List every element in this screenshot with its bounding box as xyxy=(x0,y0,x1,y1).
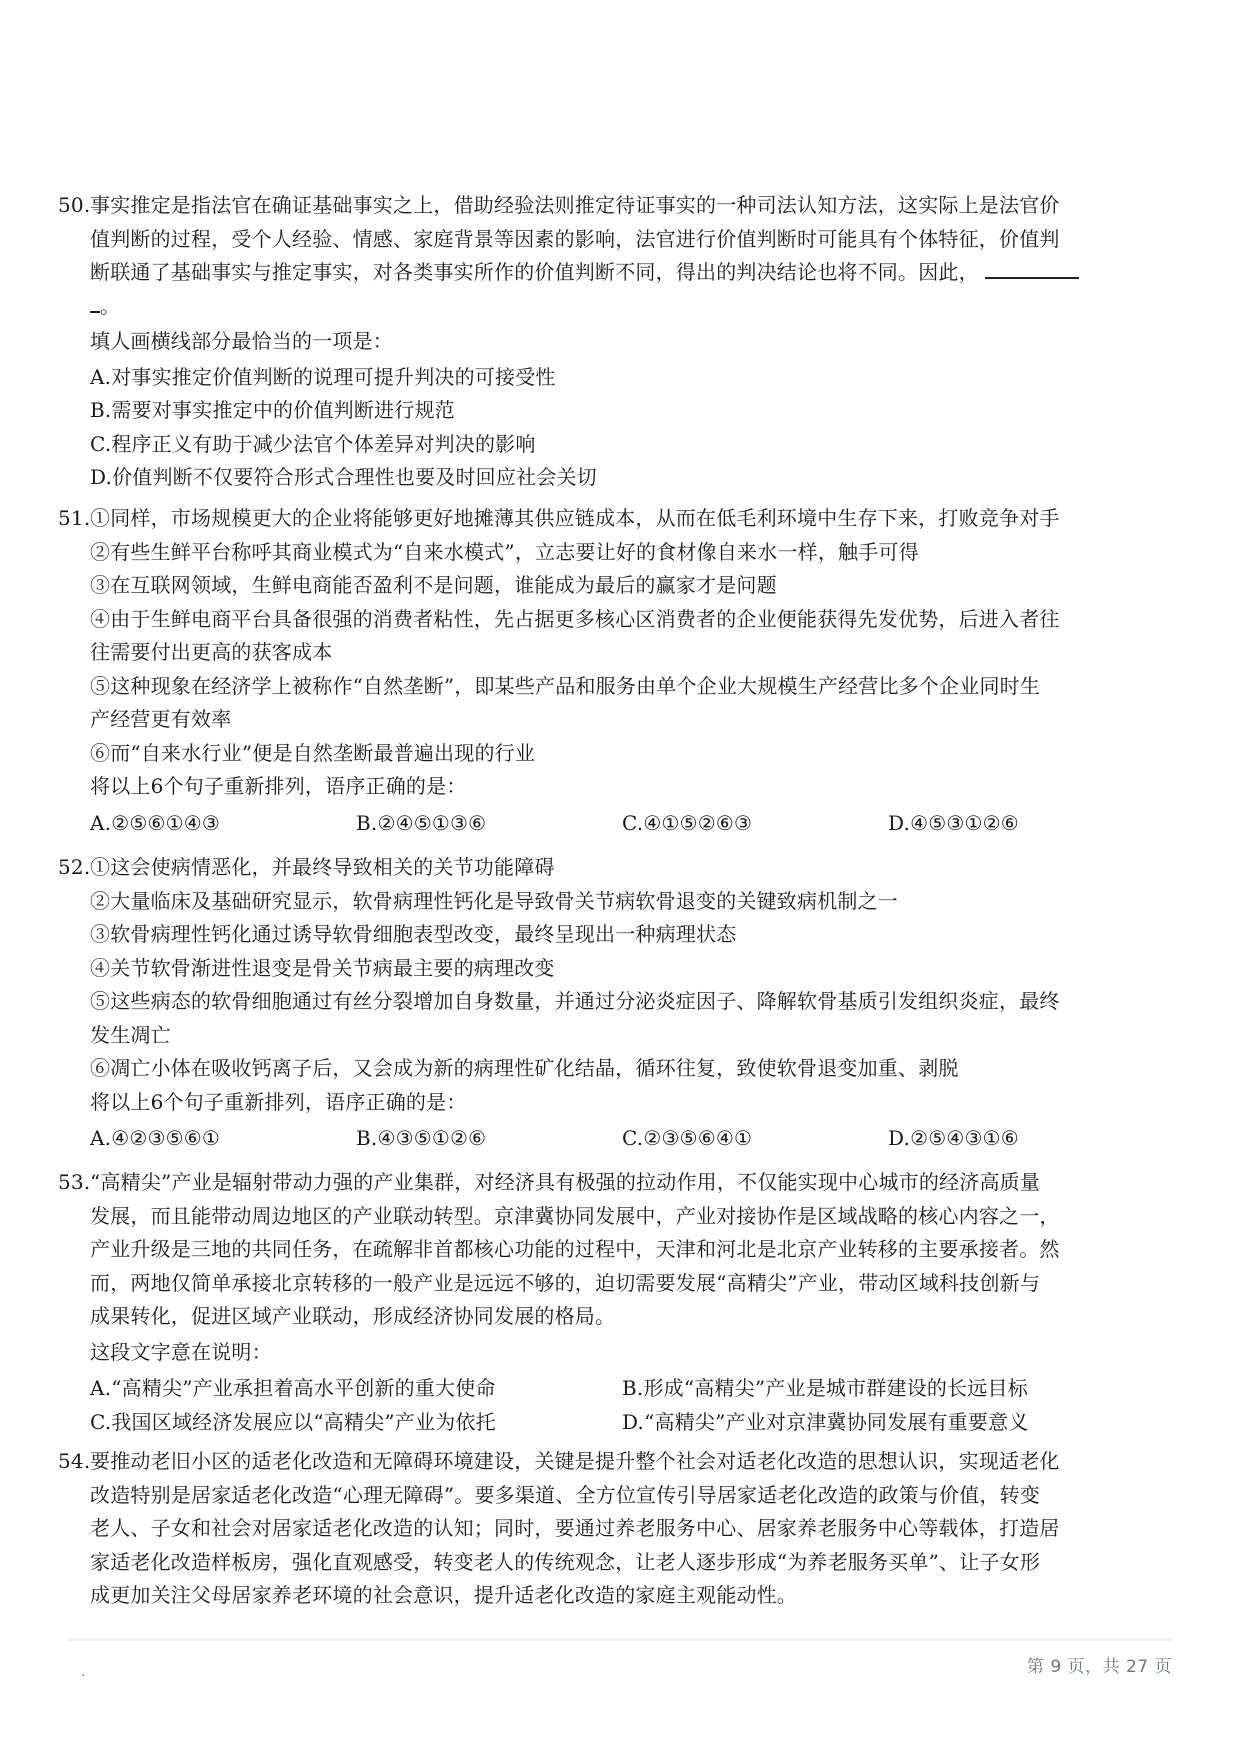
question-prompt: 填人画横线部分最恰当的一项是： xyxy=(90,329,393,353)
stem-end: 。 xyxy=(100,294,120,318)
sentence-line: ⑤这种现象在经济学上被称作“自然垄断”，即某些产品和服务由单个企业大规模生产经营… xyxy=(90,674,1040,698)
stem-line: 值判断的过程，受个人经验、情感、家庭背景等因素的影响，法官进行价值判断时可能具有… xyxy=(90,227,1060,251)
fill-blank-tail xyxy=(90,295,100,313)
question-number: 52. xyxy=(58,851,90,885)
stem-line: 家适老化改造样板房，强化直观感受，转变老人的传统观念，让老人逐步形成“为养老服务… xyxy=(90,1550,1040,1574)
option-d: D.“高精尖”产业对京津冀协同发展有重要意义 xyxy=(622,1406,1154,1440)
option-c: C.④①⑤②⑥③ xyxy=(622,807,888,841)
sentence-line: ⑥而“自来水行业”便是自然垄断最普遍出现的行业 xyxy=(90,741,535,765)
option-d: D.④⑤③①②⑥ xyxy=(888,807,1154,841)
stem-line: 老人、子女和社会对居家适老化改造的认知；同时，要通过养老服务中心、居家养老服务中… xyxy=(90,1516,1060,1540)
stem-line: 断联通了基础事实与推定事实，对各类事实所作的价值判断不同，得出的判决结论也将不同… xyxy=(90,260,979,284)
stem-line: 成果转化，促进区域产业联动，形成经济协同发展的格局。 xyxy=(90,1304,615,1328)
option-b: B.④③⑤①②⑥ xyxy=(356,1122,622,1156)
question-53: 53.“高精尖”产业是辐射带动力强的产业集群，对经济具有极强的拉动作用，不仅能实… xyxy=(58,1166,1158,1439)
sentence-line: ④关节软骨渐进性退变是骨关节病最主要的病理改变 xyxy=(90,956,555,980)
question-number: 54. xyxy=(58,1445,90,1479)
option-b: B.形成“高精尖”产业是城市群建设的长远目标 xyxy=(622,1372,1154,1406)
question-51: 51.①同样，市场规模更大的企业将能够更好地摊薄其供应链成本，从而在低毛利环境中… xyxy=(58,502,1158,840)
exam-page: 50.事实推定是指法官在确证基础事实之上，借助经验法则推定待证事实的一种司法认知… xyxy=(0,0,1240,1754)
sentence-line: 产经营更有效率 xyxy=(90,707,231,731)
option-a: A.对事实推定价值判断的说理可提升判决的可接受性 xyxy=(90,365,556,389)
question-prompt: 将以上6个句子重新排列，语序正确的是： xyxy=(90,1090,467,1114)
page-number: 第 9 页，共 27 页 xyxy=(1012,1652,1172,1677)
option-d: D.价值判断不仅要符合形式合理性也要及时回应社会关切 xyxy=(90,465,597,489)
question-number: 51. xyxy=(58,502,90,536)
sentence-line: ⑥凋亡小体在吸收钙离子后，又会成为新的病理性矿化结晶，循环往复，致使软骨退变加重… xyxy=(90,1056,959,1080)
sentence-line: ①同样，市场规模更大的企业将能够更好地摊薄其供应链成本，从而在低毛利环境中生存下… xyxy=(90,506,1060,530)
stem-line: 发展，而且能带动周边地区的产业联动转型。京津冀协同发展中，产业对接协作是区域战略… xyxy=(90,1204,1060,1228)
sentence-line: ②有些生鲜平台称呼其商业模式为“自来水模式”，立志要让好的食材像自来水一样，触手… xyxy=(90,540,919,564)
option-b: B.②④⑤①③⑥ xyxy=(356,807,622,841)
sentence-line: ①这会使病情恶化，并最终导致相关的关节功能障碍 xyxy=(90,855,555,879)
footer-dot: · xyxy=(81,1668,85,1684)
option-c: C.我国区域经济发展应以“高精尖”产业为依托 xyxy=(90,1406,622,1440)
question-50: 50.事实推定是指法官在确证基础事实之上，借助经验法则推定待证事实的一种司法认知… xyxy=(58,189,1158,495)
stem-line: 事实推定是指法官在确证基础事实之上，借助经验法则推定待证事实的一种司法认知方法，… xyxy=(90,193,1060,217)
question-prompt: 这段文字意在说明： xyxy=(90,1340,272,1364)
question-52: 52.①这会使病情恶化，并最终导致相关的关节功能障碍 ②大量临床及基础研究显示，… xyxy=(58,851,1158,1156)
stem-line: “高精尖”产业是辐射带动力强的产业集群，对经济具有极强的拉动作用，不仅能实现中心… xyxy=(90,1170,1040,1194)
stem-line: 产业升级是三地的共同任务，在疏解非首都核心功能的过程中，天津和河北是北京产业转移… xyxy=(90,1237,1060,1261)
question-number: 53. xyxy=(58,1166,90,1200)
sentence-line: 往需要付出更高的获客成本 xyxy=(90,640,332,664)
option-a: A.“高精尖”产业承担着高水平创新的重大使命 xyxy=(90,1372,622,1406)
sentence-line: ③软骨病理性钙化通过诱导软骨细胞表型改变，最终呈现出一种病理状态 xyxy=(90,922,736,946)
sentence-line: 发生凋亡 xyxy=(90,1023,171,1047)
stem-line: 要推动老旧小区的适老化改造和无障碍环境建设，关键是提升整个社会对适老化改造的思想… xyxy=(90,1449,1060,1473)
question-54: 54.要推动老旧小区的适老化改造和无障碍环境建设，关键是提升整个社会对适老化改造… xyxy=(58,1445,1158,1613)
question-prompt: 将以上6个句子重新排列，语序正确的是： xyxy=(90,774,467,798)
option-b: B.需要对事实推定中的价值判断进行规范 xyxy=(90,398,455,422)
sentence-line: ③在互联网领域，生鲜电商能否盈利不是问题，谁能成为最后的赢家才是问题 xyxy=(90,573,777,597)
footer-divider xyxy=(68,1638,1173,1641)
sentence-line: ⑤这些病态的软骨细胞通过有丝分裂增加自身数量，并通过分泌炎症因子、降解软骨基质引… xyxy=(90,989,1060,1013)
option-a: A.②⑤⑥①④③ xyxy=(90,807,356,841)
option-a: A.④②③⑤⑥① xyxy=(90,1122,356,1156)
option-c: C.②③⑤⑥④① xyxy=(622,1122,888,1156)
stem-line: 改造特别是居家适老化改造“心理无障碍”。要多渠道、全方位宣传引导居家适老化改造的… xyxy=(90,1483,1040,1507)
question-number: 50. xyxy=(58,189,90,223)
stem-line: 而，两地仅简单承接北京转移的一般产业是远远不够的，迫切需要发展“高精尖”产业，带… xyxy=(90,1271,1040,1295)
sentence-line: ②大量临床及基础研究显示，软骨病理性钙化是导致骨关节病软骨退变的关键致病机制之一 xyxy=(90,889,898,913)
stem-line: 成更加关注父母居家养老环境的社会意识，提升适老化改造的家庭主观能动性。 xyxy=(90,1583,797,1607)
option-c: C.程序正义有助于减少法官个体差异对判决的影响 xyxy=(90,432,536,456)
fill-blank xyxy=(985,261,1079,279)
sentence-line: ④由于生鲜电商平台具备很强的消费者粘性，先占据更多核心区消费者的企业便能获得先发… xyxy=(90,607,1060,631)
option-d: D.②⑤④③①⑥ xyxy=(888,1122,1154,1156)
